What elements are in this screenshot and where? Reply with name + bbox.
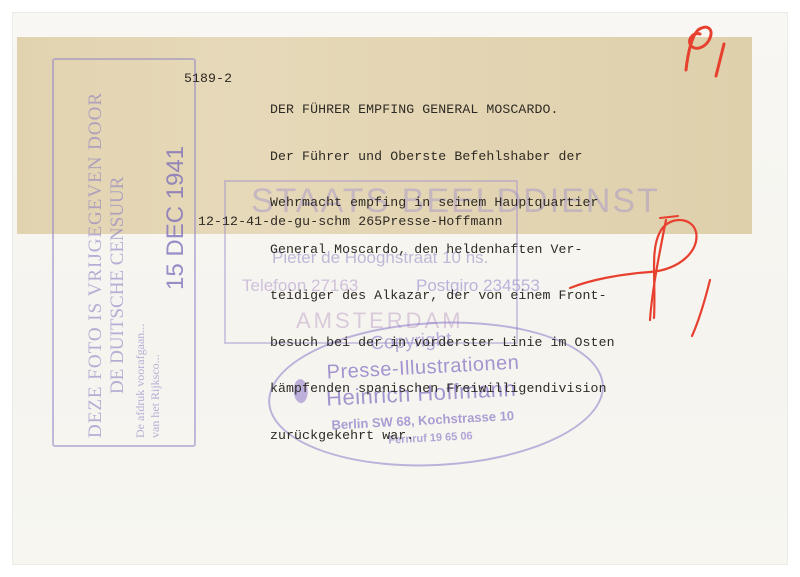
- censor-line-3: De afdruk voorafgaan...: [133, 68, 148, 438]
- caption-line: DER FÜHRER EMPFING GENERAL MOSCARDO.: [270, 102, 615, 118]
- caption-line: zurückgekehrt war.: [270, 428, 615, 444]
- caption-footer: 12-12-41-de-gu-schm 265Presse-Hoffmann: [198, 214, 503, 230]
- caption-line: kämpfenden spanischen Freiwilligendivisi…: [270, 381, 615, 397]
- red-p1-mark-lower-icon: [560, 210, 740, 340]
- red-p1-mark-top-icon: [676, 22, 736, 82]
- censor-date-stamp: 15 DEC 1941: [162, 146, 190, 290]
- caption-line: Wehrmacht empfing in seinem Hauptquartie…: [270, 195, 615, 211]
- censor-line-1: DEZE FOTO IS VRIJGEGEVEN DOOR: [85, 68, 107, 438]
- censor-line-4: van het Rijksco...: [148, 68, 163, 438]
- censor-line-2: DE DUITSCHE CENSUUR: [107, 68, 129, 438]
- caption-id: 5189-2: [184, 71, 232, 87]
- caption-line: Der Führer und Oberste Befehlshaber der: [270, 149, 615, 165]
